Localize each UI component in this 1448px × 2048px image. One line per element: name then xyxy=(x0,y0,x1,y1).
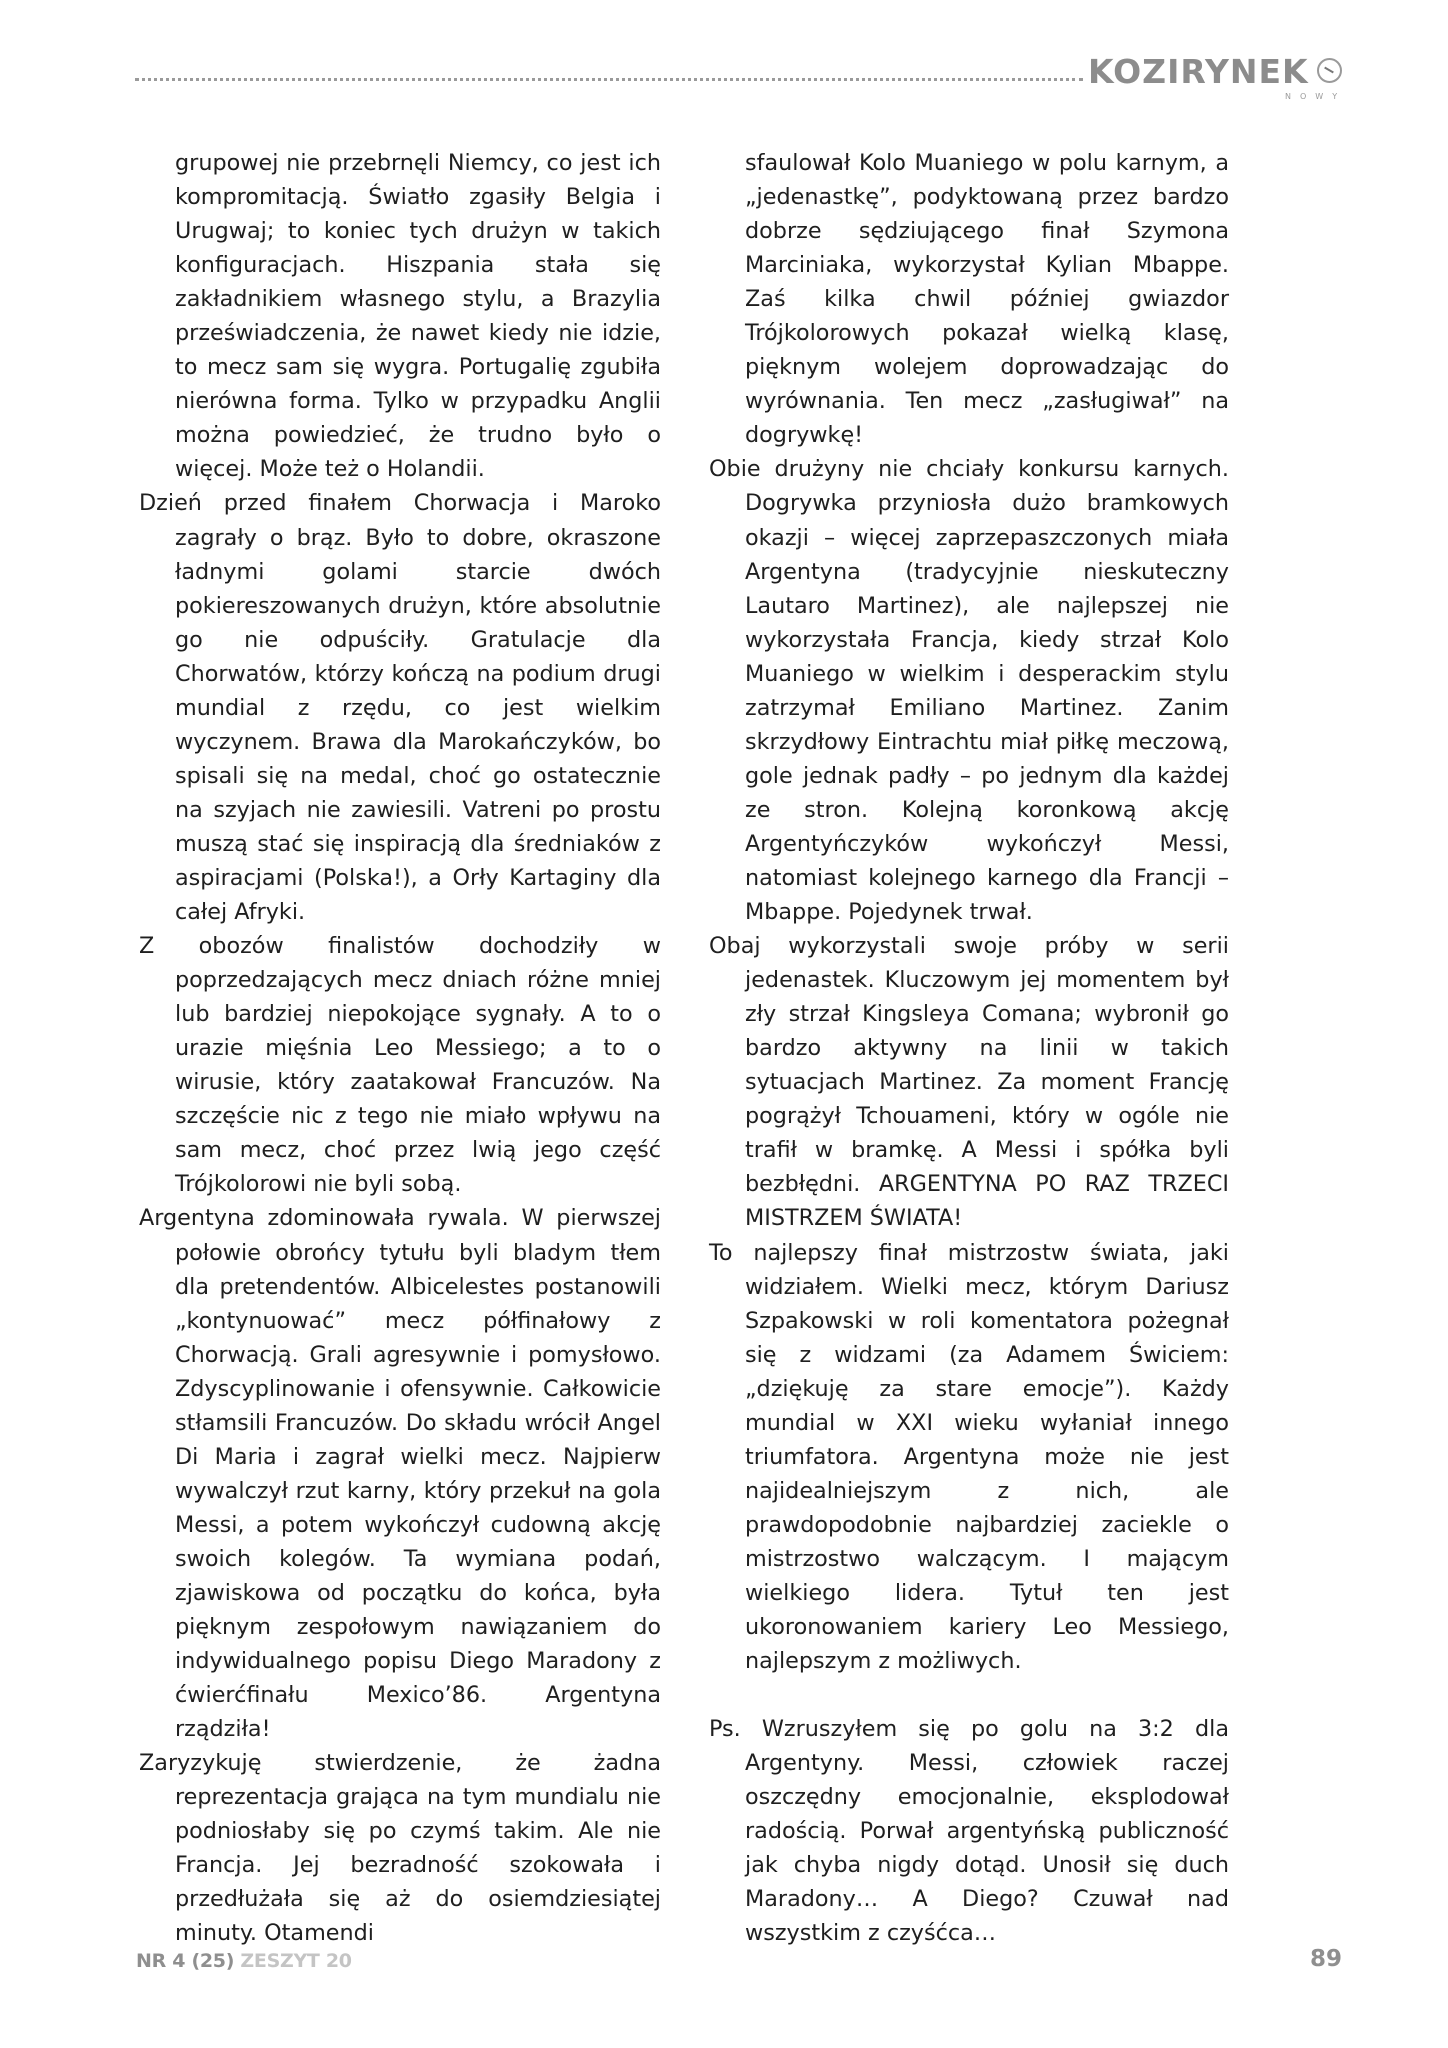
article-paragraph: Obie drużyny nie chciały konkursu karnyc… xyxy=(709,452,1229,929)
article-paragraph: Obaj wykorzystali swoje próby w serii je… xyxy=(709,929,1229,1235)
compass-emblem-icon xyxy=(1317,58,1342,83)
header-dotted-rule xyxy=(135,78,1083,81)
issue-number: NR 4 (25) xyxy=(136,1950,234,1972)
issue-label: NR 4 (25) ZESZYT 20 xyxy=(136,1950,352,1972)
magazine-logo: KOZIRYNEK xyxy=(1088,52,1309,92)
article-column-right: sfaulował Kolo Muaniego w polu karnym, a… xyxy=(709,146,1229,1950)
article-paragraph: Zaryzykuję stwierdzenie, że żadna reprez… xyxy=(139,1746,661,1950)
article-paragraph: Dzień przed finałem Chorwacja i Maroko z… xyxy=(139,486,661,929)
issue-volume: ZESZYT 20 xyxy=(240,1950,351,1972)
article-column-left: grupowej nie przebrnęli Niemcy, co jest … xyxy=(139,146,661,1950)
article-paragraph: Argentyna zdominowała rywala. W pierwsze… xyxy=(139,1201,661,1746)
article-paragraph: To najlepszy finał mistrzostw świata, ja… xyxy=(709,1236,1229,1679)
article-paragraph: sfaulował Kolo Muaniego w polu karnym, a… xyxy=(709,146,1229,452)
article-paragraph: grupowej nie przebrnęli Niemcy, co jest … xyxy=(139,146,661,486)
page-number: 89 xyxy=(1310,1946,1342,1972)
postscript-paragraph: Ps. Wzruszyłem się po golu na 3:2 dla Ar… xyxy=(709,1712,1229,1950)
magazine-logo-subtitle: NOWY xyxy=(1285,92,1346,101)
article-paragraph: Z obozów finalistów dochodziły w poprzed… xyxy=(139,929,661,1201)
